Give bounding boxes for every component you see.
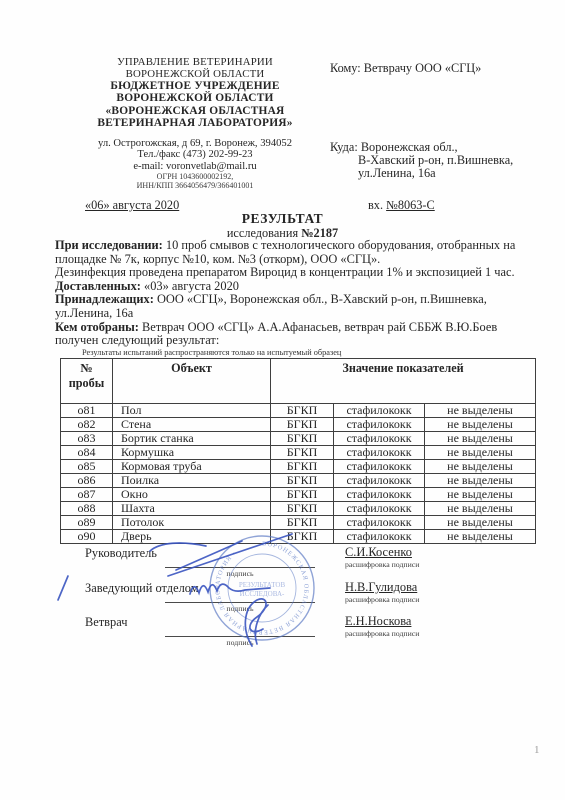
sample-id: о86 bbox=[61, 474, 113, 488]
table-row: о83Бортик станкаБГКПстафилококкне выделе… bbox=[61, 432, 536, 446]
table-row: о87ОкноБГКПстафилококкне выделены bbox=[61, 488, 536, 502]
table-header-row: № пробы Объект Значение показателей bbox=[61, 359, 536, 404]
indicator-2: стафилококк bbox=[334, 432, 425, 446]
indicator-2: стафилококк bbox=[334, 460, 425, 474]
handwritten-signatures bbox=[40, 518, 360, 668]
table-row: о86ПоилкаБГКПстафилококкне выделены bbox=[61, 474, 536, 488]
scanned-document-page: УПРАВЛЕНИЕ ВЕТЕРИНАРИИ ВОРОНЕЖСКОЙ ОБЛАС… bbox=[0, 0, 565, 800]
table-row: о84КормушкаБГКПстафилококкне выделены bbox=[61, 446, 536, 460]
result-value: не выделены bbox=[425, 418, 536, 432]
delivered-label: Доставленных: bbox=[55, 279, 141, 293]
table-row: о85Кормовая трубаБГКПстафилококкне выдел… bbox=[61, 460, 536, 474]
indicator-1: БГКП bbox=[271, 488, 334, 502]
indicator-2: стафилококк bbox=[334, 502, 425, 516]
sample-object: Бортик станка bbox=[113, 432, 271, 446]
sample-object: Поилка bbox=[113, 474, 271, 488]
signature-stroke-1b bbox=[168, 534, 292, 576]
org-ogrn: ОГРН 1043600002192, bbox=[58, 172, 332, 182]
indicator-1: БГКП bbox=[271, 502, 334, 516]
signature-stroke-3b bbox=[255, 605, 268, 644]
org-inn-kpp: ИНН/КПП 3664056479/366401001 bbox=[58, 181, 332, 191]
table-row: о81ПолБГКПстафилококкне выделены bbox=[61, 404, 536, 418]
recipient-to-line: Кому: Ветврачу ООО «СГЦ» bbox=[330, 61, 481, 76]
sample-object: Окно bbox=[113, 488, 271, 502]
research-label: При исследовании: bbox=[55, 238, 163, 252]
incoming-prefix: вх. bbox=[368, 198, 383, 212]
indicator-2: стафилококк bbox=[334, 404, 425, 418]
indicator-2: стафилококк bbox=[334, 446, 425, 460]
letterhead-org-block: УПРАВЛЕНИЕ ВЕТЕРИНАРИИ ВОРОНЕЖСКОЙ ОБЛАС… bbox=[58, 56, 332, 191]
signature-stroke-2 bbox=[190, 584, 270, 594]
pen-tick-mark bbox=[58, 576, 68, 600]
sample-object: Шахта bbox=[113, 502, 271, 516]
sample-id: о87 bbox=[61, 488, 113, 502]
result-value: не выделены bbox=[425, 530, 536, 544]
sample-id: о82 bbox=[61, 418, 113, 432]
org-phone: Тел./факс (473) 202-99-23 bbox=[58, 149, 332, 160]
sample-id: о81 bbox=[61, 404, 113, 418]
result-value: не выделены bbox=[425, 516, 536, 530]
scope-note: Результаты испытаний распространяются то… bbox=[82, 348, 341, 357]
header-sample-number-line1: № bbox=[61, 361, 112, 376]
disinfection-text: Дезинфекция проведена препаратом Вироцид… bbox=[55, 265, 515, 279]
results-table: № пробы Объект Значение показателей о81П… bbox=[60, 358, 536, 544]
incoming-value: №8063-С bbox=[386, 198, 435, 212]
indicator-1: БГКП bbox=[271, 446, 334, 460]
result-value: не выделены bbox=[425, 432, 536, 446]
org-email: e-mail: voronvetlab@mail.ru bbox=[58, 161, 332, 172]
indicator-1: БГКП bbox=[271, 474, 334, 488]
sample-id: о84 bbox=[61, 446, 113, 460]
indicator-1: БГКП bbox=[271, 418, 334, 432]
sample-object: Пол bbox=[113, 404, 271, 418]
indicator-2: стафилококк bbox=[334, 488, 425, 502]
header-sample-number: № пробы bbox=[61, 359, 113, 404]
indicator-2: стафилококк bbox=[334, 474, 425, 488]
header-object: Объект bbox=[113, 359, 271, 404]
indicator-1: БГКП bbox=[271, 432, 334, 446]
result-value: не выделены bbox=[425, 502, 536, 516]
signature-stroke-1a bbox=[150, 543, 206, 551]
org-name-line: ВОРОНЕЖСКОЙ ОБЛАСТИ bbox=[58, 68, 332, 80]
belongs-label: Принадлежащих: bbox=[55, 292, 154, 306]
sample-object: Кормовая труба bbox=[113, 460, 271, 474]
page-number: 1 bbox=[534, 744, 540, 756]
indicator-1: БГКП bbox=[271, 460, 334, 474]
table-row: о82СтенаБГКПстафилококкне выделены bbox=[61, 418, 536, 432]
recipient-where-line-3: ул.Ленина, 16а bbox=[358, 166, 436, 181]
result-value: не выделены bbox=[425, 474, 536, 488]
result-value: не выделены bbox=[425, 404, 536, 418]
delivered-text: «03» августа 2020 bbox=[144, 279, 239, 293]
org-name-line: ВЕТЕРИНАРНАЯ ЛАБОРАТОРИЯ» bbox=[58, 117, 332, 129]
sample-object: Стена bbox=[113, 418, 271, 432]
indicator-2: стафилококк bbox=[334, 418, 425, 432]
sample-id: о88 bbox=[61, 502, 113, 516]
document-title: РЕЗУЛЬТАТ bbox=[0, 211, 565, 227]
body-text-block: При исследовании: 10 проб смывов с техно… bbox=[55, 239, 527, 348]
sample-id: о83 bbox=[61, 432, 113, 446]
indicator-1: БГКП bbox=[271, 404, 334, 418]
org-name-line: «ВОРОНЕЖСКАЯ ОБЛАСТНАЯ bbox=[58, 105, 332, 117]
signature-stroke-1c bbox=[176, 541, 242, 570]
sampled-label: Кем отобраны: bbox=[55, 320, 139, 334]
header-indicator-values: Значение показателей bbox=[271, 359, 536, 404]
sample-object: Кормушка bbox=[113, 446, 271, 460]
header-sample-number-line2: пробы bbox=[61, 376, 112, 391]
org-name-line: БЮДЖЕТНОЕ УЧРЕЖДЕНИЕ bbox=[58, 80, 332, 92]
org-name-line: УПРАВЛЕНИЕ ВЕТЕРИНАРИИ bbox=[58, 56, 332, 68]
org-name-line: ВОРОНЕЖСКОЙ ОБЛАСТИ bbox=[58, 92, 332, 104]
sample-id: о85 bbox=[61, 460, 113, 474]
result-value: не выделены bbox=[425, 446, 536, 460]
result-value: не выделены bbox=[425, 460, 536, 474]
result-value: не выделены bbox=[425, 488, 536, 502]
table-row: о88ШахтаБГКПстафилококкне выделены bbox=[61, 502, 536, 516]
org-address: ул. Острогожская, д 69, г. Воронеж, 3940… bbox=[58, 138, 332, 149]
